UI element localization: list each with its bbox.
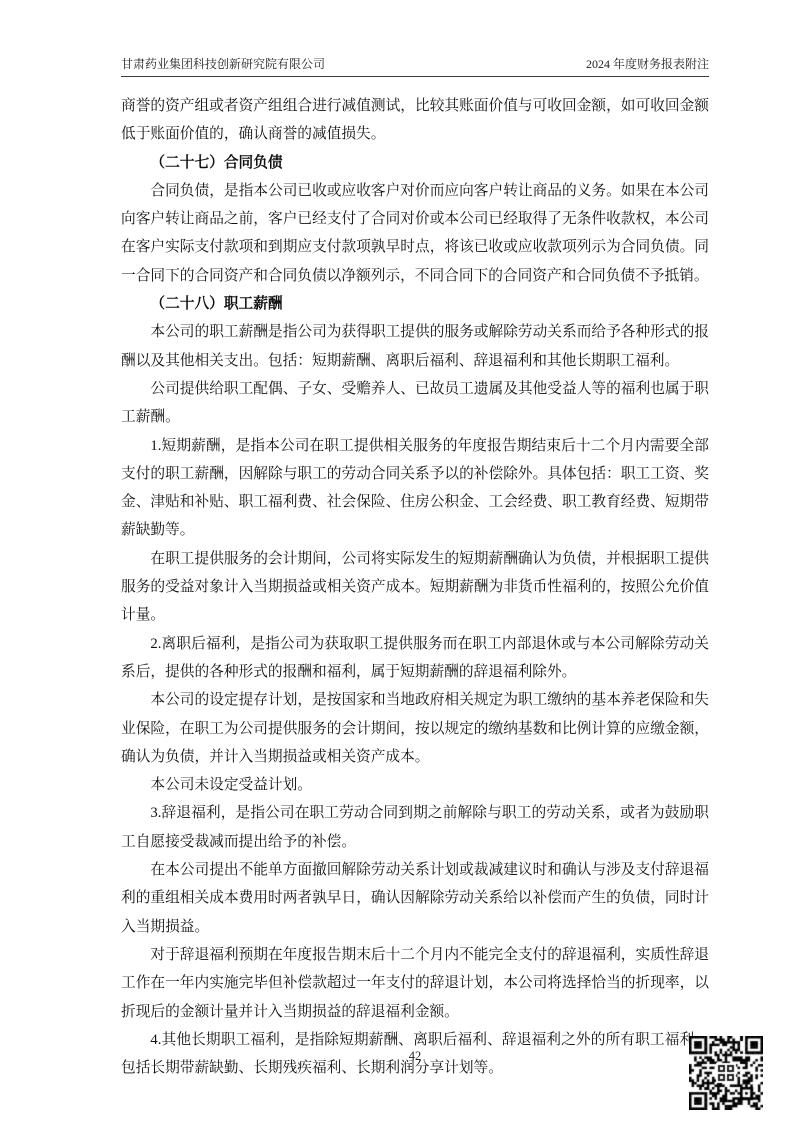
- header-company-name: 甘肃药业集团科技创新研究院有限公司: [121, 56, 325, 72]
- paragraph: 在职工提供服务的会计期间，公司将实际发生的短期薪酬确认为负债，并根据职工提供服务…: [121, 545, 709, 630]
- section-heading: （二十八）职工薪酬: [121, 290, 709, 318]
- paragraph: 合同负债，是指本公司已收或应收客户对价而应向客户转让商品的义务。如果在本公司向客…: [121, 177, 709, 290]
- paragraph: 公司提供给职工配偶、子女、受赡养人、已故员工遗属及其他受益人等的福利也属于职工薪…: [121, 375, 709, 432]
- page-number: 42: [121, 1049, 709, 1064]
- document-page: 甘肃药业集团科技创新研究院有限公司 2024 年度财务报表附注 商誉的资产组或者…: [0, 0, 794, 1123]
- page-header: 甘肃药业集团科技创新研究院有限公司 2024 年度财务报表附注: [121, 56, 709, 77]
- paragraph: 2.离职后福利，是指公司为获取职工提供服务而在职工内部退休或与本公司解除劳动关系…: [121, 630, 709, 687]
- paragraph: 本公司未设定受益计划。: [121, 771, 709, 799]
- paragraph: 商誉的资产组或者资产组组合进行减值测试，比较其账面价值与可收回金额，如可收回金额…: [121, 92, 709, 149]
- paragraph: 1.短期薪酬，是指本公司在职工提供相关服务的年度报告期结束后十二个月内需要全部支…: [121, 432, 709, 545]
- header-doc-title: 2024 年度财务报表附注: [586, 56, 709, 72]
- paragraph: 在本公司提出不能单方面撤回解除劳动关系计划或裁减建议时和确认与涉及支付辞退福利的…: [121, 856, 709, 941]
- qr-code-icon: [689, 1036, 763, 1110]
- paragraph: 本公司的设定提存计划，是按国家和当地政府相关规定为职工缴纳的基本养老保险和失业保…: [121, 686, 709, 771]
- paragraph: 3.辞退福利，是指公司在职工劳动合同到期之前解除与职工的劳动关系，或者为鼓励职工…: [121, 799, 709, 856]
- document-body: 商誉的资产组或者资产组组合进行减值测试，比较其账面价值与可收回金额，如可收回金额…: [121, 92, 709, 1082]
- section-heading: （二十七）合同负债: [121, 149, 709, 177]
- paragraph: 本公司的职工薪酬是指公司为获得职工提供的服务或解除劳动关系而给予各种形式的报酬以…: [121, 318, 709, 375]
- paragraph: 对于辞退福利预期在年度报告期末后十二个月内不能完全支付的辞退福利，实质性辞退工作…: [121, 941, 709, 1026]
